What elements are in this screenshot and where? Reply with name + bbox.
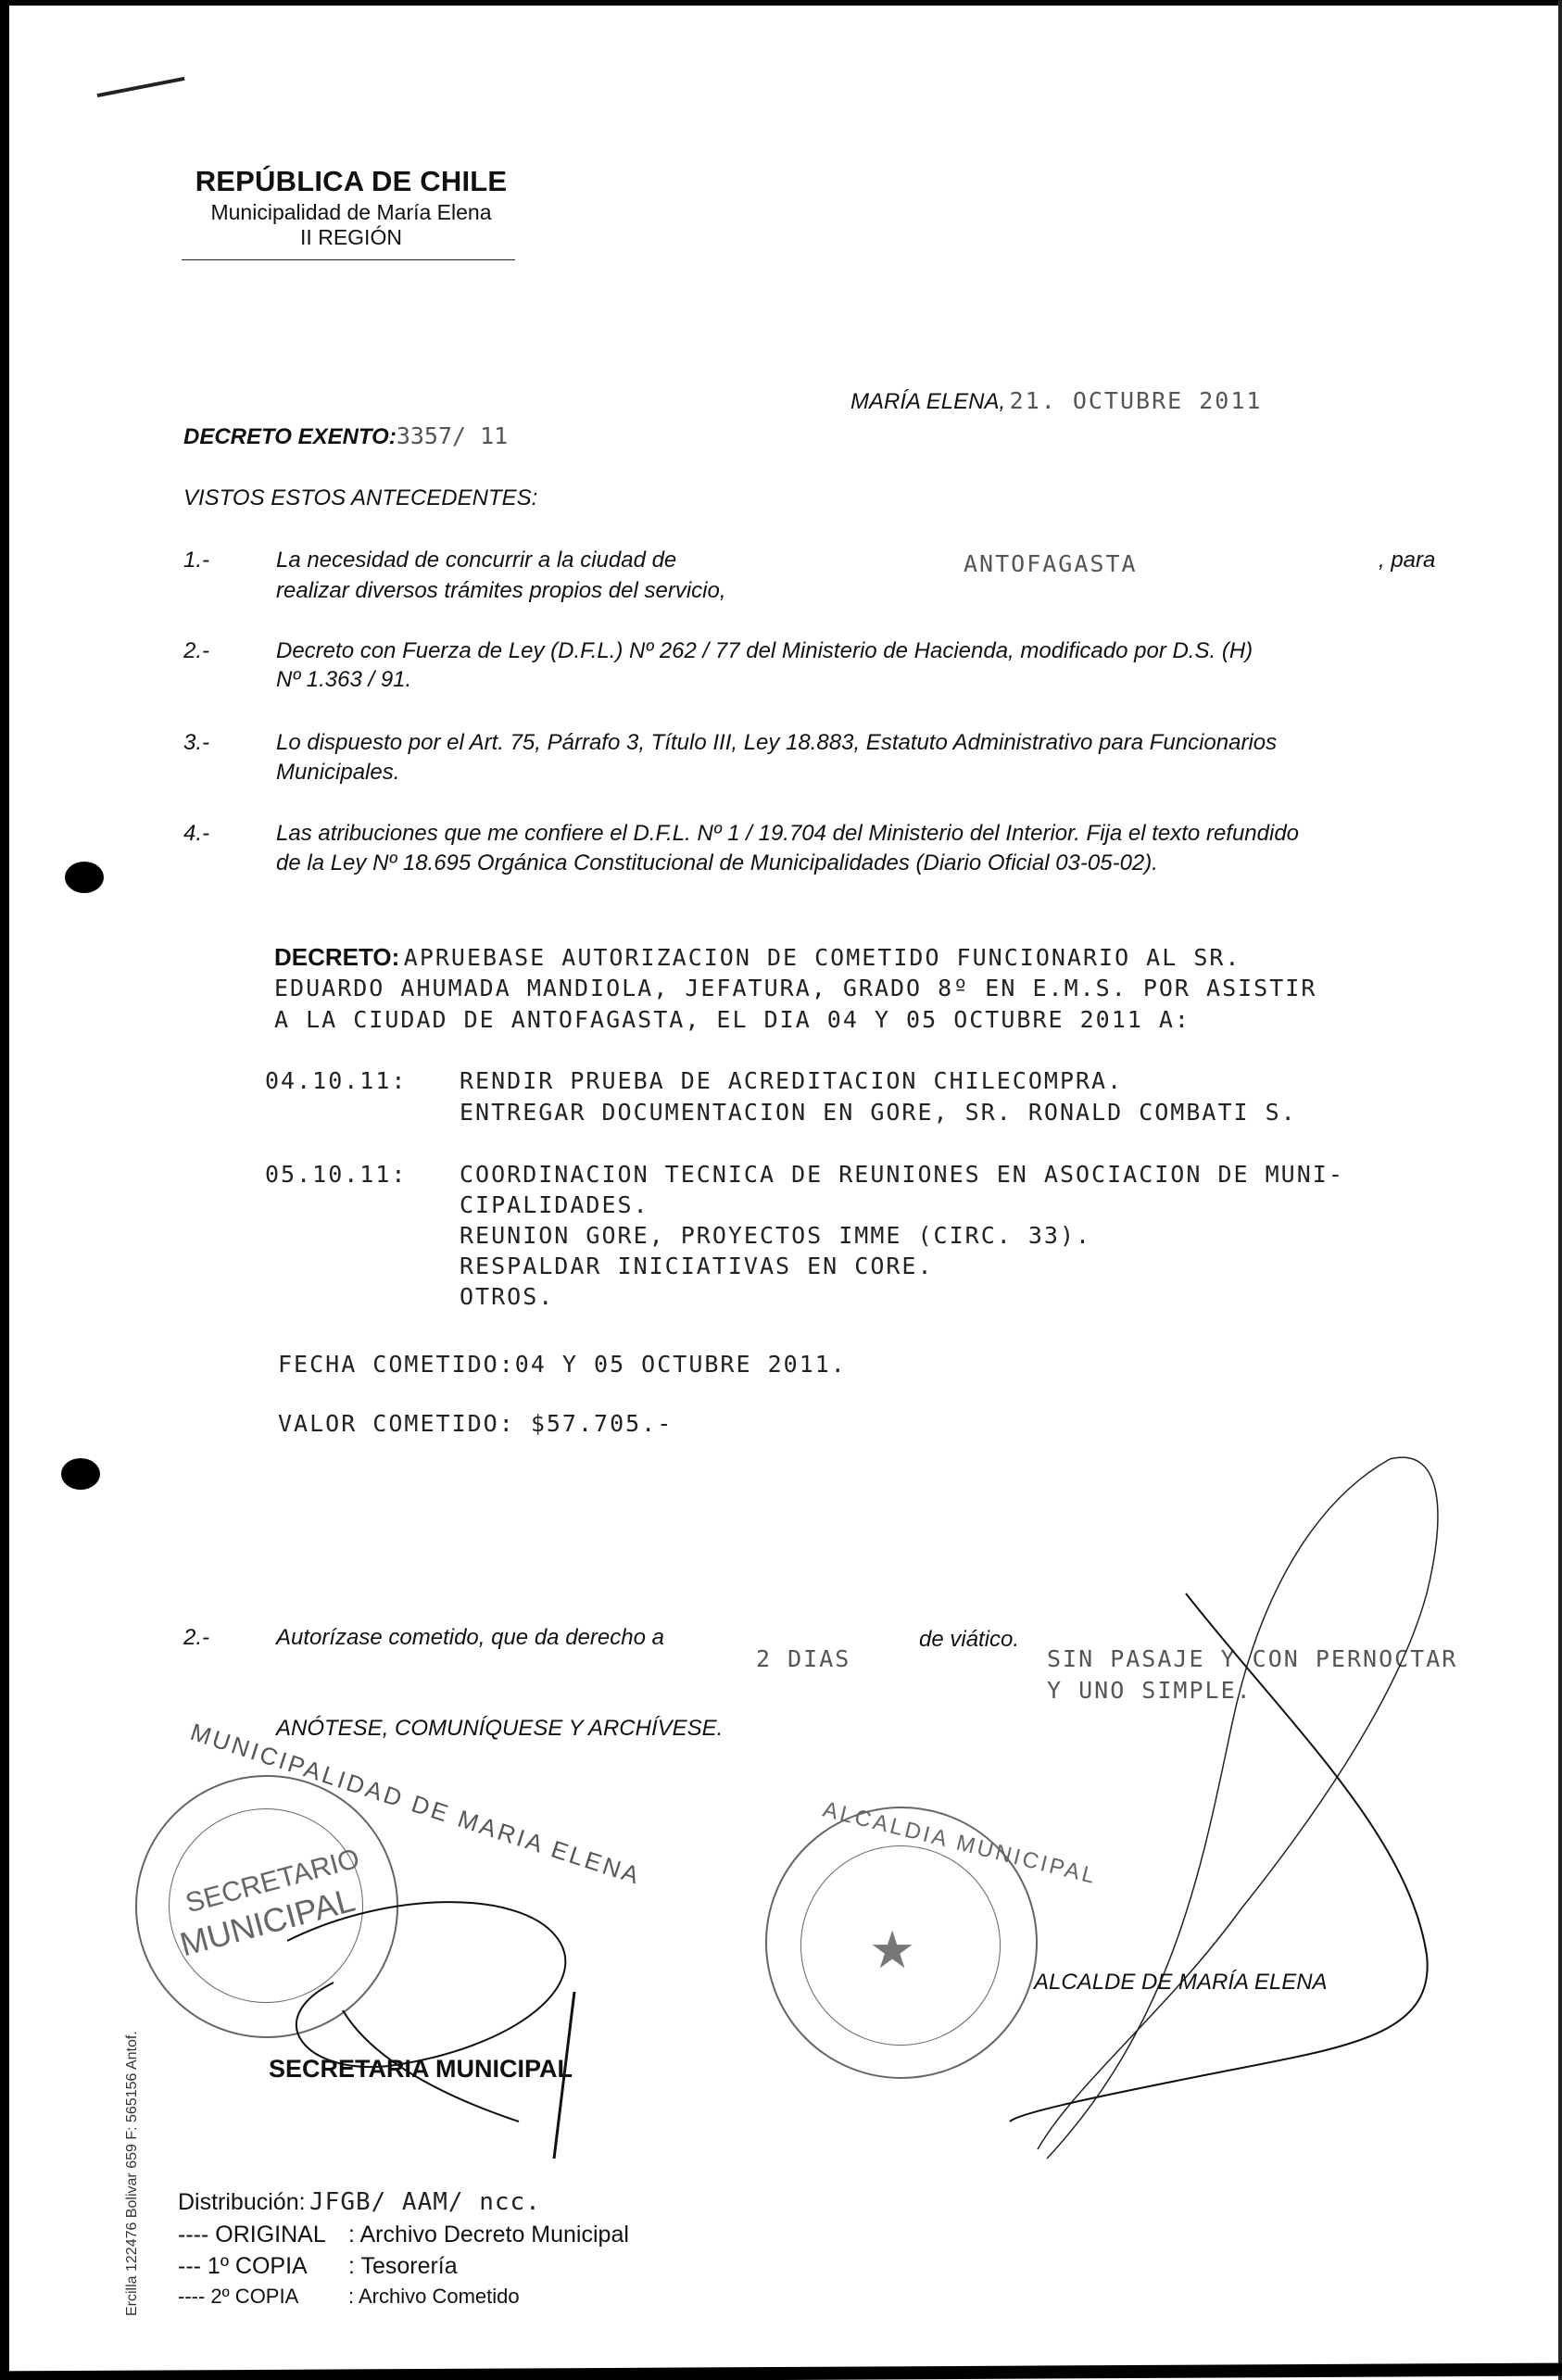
distribution-row-copy-2: ---- 2º COPIA: Archivo Cometido bbox=[178, 2285, 520, 2309]
mayor-signature-title: ALCALDE DE MARÍA ELENA bbox=[1034, 1970, 1328, 1996]
printer-imprint: Ercilla 122476 Bolivar 659 F: 565156 Ant… bbox=[124, 2031, 141, 2316]
distribution-row-copy-2-prefix: ---- 2º COPIA bbox=[178, 2285, 348, 2309]
distribution-initials: JFGB/ AAM/ ncc. bbox=[309, 2188, 541, 2216]
handwritten-signatures bbox=[0, 0, 1562, 2380]
distribution-row-copy-1-prefix: --- 1º COPIA bbox=[178, 2253, 348, 2280]
distribution-row-original-value: : Archivo Decreto Municipal bbox=[348, 2222, 629, 2248]
distribution-row-original-prefix: ---- ORIGINAL bbox=[178, 2222, 348, 2248]
distribution-row-copy-1: --- 1º COPIA: Tesorería bbox=[178, 2253, 458, 2280]
distribution-label: Distribución: bbox=[178, 2189, 306, 2215]
distribution-heading: Distribución: JFGB/ AAM/ ncc. bbox=[178, 2188, 541, 2216]
distribution-row-copy-1-value: : Tesorería bbox=[348, 2253, 458, 2279]
secretary-signature-title: SECRETARIA MUNICIPAL bbox=[269, 2055, 573, 2084]
distribution-row-original: ---- ORIGINAL: Archivo Decreto Municipal bbox=[178, 2222, 629, 2248]
distribution-row-copy-2-value: : Archivo Cometido bbox=[348, 2285, 520, 2308]
